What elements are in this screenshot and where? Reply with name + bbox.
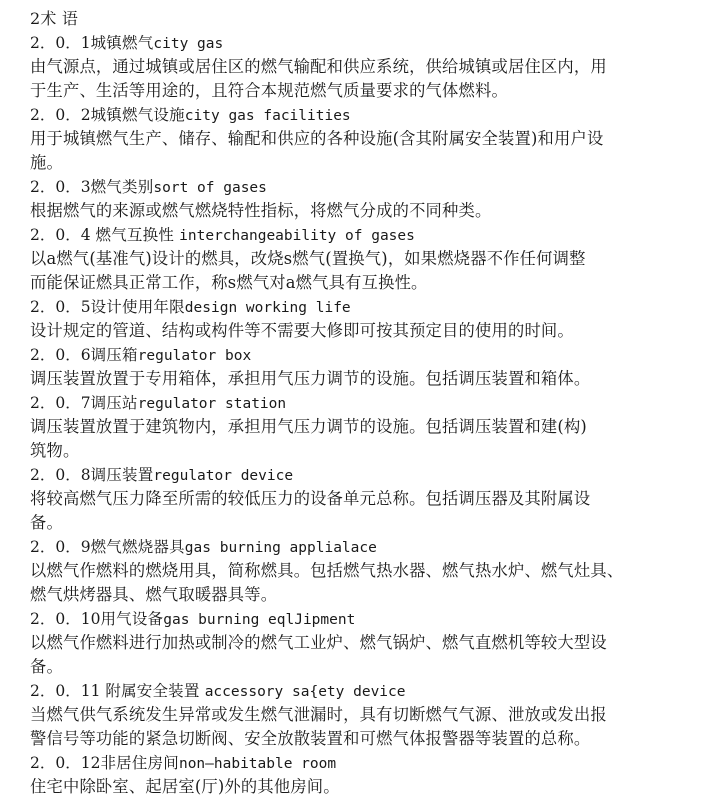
term-heading: 2．0．8调压装置regulator device [30, 463, 712, 487]
term-en: interchangeability of gases [179, 228, 415, 244]
term-zh: 附属安全装置 [105, 682, 204, 700]
term-definition-line: 设计规定的管道、结构或构件等不需要大修即可按其预定目的使用的时间。 [30, 319, 712, 343]
section-title: 2术 语 [30, 7, 712, 31]
term-zh: 设计使用年限 [91, 298, 185, 316]
term-en: city gas [153, 36, 223, 52]
term-number: 2．0．8 [30, 466, 91, 484]
term-number: 2．0．6 [30, 346, 91, 364]
term-en: accessory sa{ety device [205, 684, 406, 700]
term-definition-line: 将较高燃气压力降至所需的较低压力的设备单元总称。包括调压器及其附属设 [30, 487, 712, 511]
term-number: 2．0．7 [30, 394, 91, 412]
term-number: 2．0．4 [30, 226, 96, 244]
term-zh: 非居住房间 [100, 754, 179, 772]
term-definition-line: 当燃气供气系统发生异常或发生燃气泄漏时，具有切断燃气气源、泄放或发出报 [30, 703, 712, 727]
term-en: gas burning applialace [185, 540, 377, 556]
term-number: 2．0．11 [30, 682, 105, 700]
term-definition-line: 筑物。 [30, 439, 712, 463]
document-page: 2术 语 2．0．1城镇燃气city gas 由气源点，通过城镇或居住区的燃气输… [0, 0, 712, 799]
term-number: 2．0．12 [30, 754, 100, 772]
term-definition-line: 调压装置放置于专用箱体，承担用气压力调节的设施。包括调压装置和箱体。 [30, 367, 712, 391]
term-definition-line: 由气源点，通过城镇或居住区的燃气输配和供应系统，供给城镇或居住区内，用 [30, 55, 712, 79]
term-zh: 调压站 [91, 394, 138, 412]
term-definition-line: 住宅中除卧室、起居室(厅)外的其他房间。 [30, 775, 712, 799]
term-definition-line: 警信号等功能的紧急切断阀、安全放散装置和可燃气体报警器等装置的总称。 [30, 727, 712, 751]
term-number: 2．0．1 [30, 34, 91, 52]
term-definition-line: 以燃气作燃料的燃烧用具，简称燃具。包括燃气热水器、燃气热水炉、燃气灶具、 [30, 559, 712, 583]
term-definition-line: 根据燃气的来源或燃气燃烧特性指标，将燃气分成的不同种类。 [30, 199, 712, 223]
term-zh: 燃气互换性 [96, 226, 180, 244]
term-definition-line: 备。 [30, 511, 712, 535]
term-definition-line: 而能保证燃具正常工作，称s燃气对a燃气具有互换性。 [30, 271, 712, 295]
term-zh: 燃气燃烧器具 [91, 538, 185, 556]
term-en: regulator box [138, 348, 252, 364]
term-definition-line: 燃气烘烤器具、燃气取暖器具等。 [30, 583, 712, 607]
term-zh: 城镇燃气 [91, 34, 154, 52]
term-en: regulator device [153, 468, 293, 484]
term-en: sort of gases [153, 180, 267, 196]
term-definition-line: 用于城镇燃气生产、储存、输配和供应的各种设施(含其附属安全装置)和用户设 [30, 127, 712, 151]
term-heading: 2．0．9燃气燃烧器具gas burning applialace [30, 535, 712, 559]
term-number: 2．0．10 [30, 610, 100, 628]
term-definition-line: 备。 [30, 655, 712, 679]
term-zh: 燃气类别 [91, 178, 154, 196]
term-heading: 2．0．10用气设备gas burning eqlJipment [30, 607, 712, 631]
term-heading: 2．0．12非居住房间non—habitable room [30, 751, 712, 775]
term-definition-line: 以燃气作燃料进行加热或制冷的燃气工业炉、燃气锅炉、燃气直燃机等较大型设 [30, 631, 712, 655]
term-en: regulator station [138, 396, 286, 412]
term-definition-line: 施。 [30, 151, 712, 175]
term-en: design working life [185, 300, 351, 316]
term-zh: 调压箱 [91, 346, 138, 364]
term-definition-line: 以a燃气(基准气)设计的燃具，改烧s燃气(置换气)，如果燃烧器不作任何调整 [30, 247, 712, 271]
term-number: 2．0．5 [30, 298, 91, 316]
term-zh: 城镇燃气设施 [91, 106, 185, 124]
term-number: 2．0．3 [30, 178, 91, 196]
term-heading: 2．0．3燃气类别sort of gases [30, 175, 712, 199]
term-en: gas burning eqlJipment [163, 612, 355, 628]
term-number: 2．0．9 [30, 538, 91, 556]
term-heading: 2．0．11 附属安全装置 accessory sa{ety device [30, 679, 712, 703]
term-heading: 2．0．5设计使用年限design working life [30, 295, 712, 319]
term-heading: 2．0．4 燃气互换性 interchangeability of gases [30, 223, 712, 247]
term-heading: 2．0．2城镇燃气设施city gas facilities [30, 103, 712, 127]
term-definition-line: 于生产、生活等用途的，且符合本规范燃气质量要求的气体燃料。 [30, 79, 712, 103]
term-zh: 调压装置 [91, 466, 154, 484]
term-en: city gas facilities [185, 108, 351, 124]
term-number: 2．0．2 [30, 106, 91, 124]
term-heading: 2．0．7调压站regulator station [30, 391, 712, 415]
term-zh: 用气设备 [100, 610, 163, 628]
term-heading: 2．0．6调压箱regulator box [30, 343, 712, 367]
term-definition-line: 调压装置放置于建筑物内，承担用气压力调节的设施。包括调压装置和建(构) [30, 415, 712, 439]
term-en: non—habitable room [179, 756, 336, 772]
term-heading: 2．0．1城镇燃气city gas [30, 31, 712, 55]
